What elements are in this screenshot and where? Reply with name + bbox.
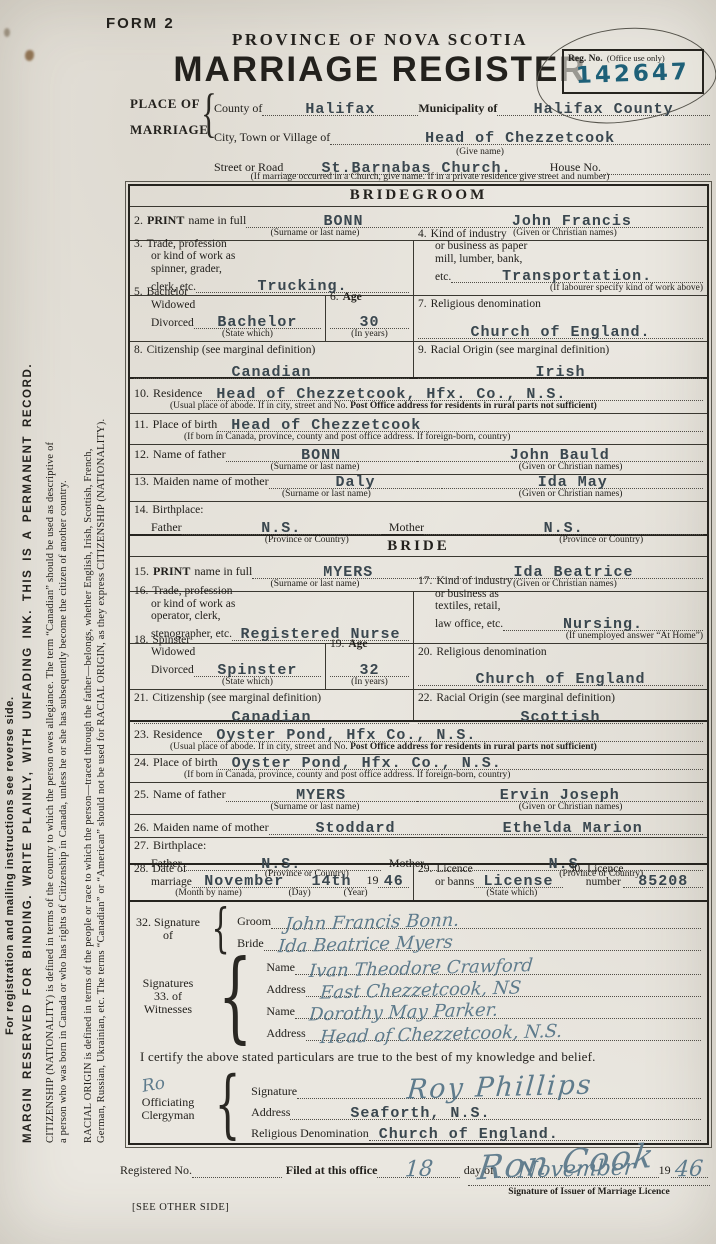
clergyman-signature: Roy Phillips [406,1070,594,1106]
city-field: Head of Chezzetcook [330,127,710,145]
bride-mother-surname-field: Stoddard [269,817,443,835]
field-bride-status-age-religion: 18.Spinster Widowed DivorcedSpinster (St… [130,644,707,690]
groom-mother-birthplace: N.S. [544,520,584,537]
witness2-address-field: Head of Chezzetcook, N.S. [306,1019,701,1041]
bride-age-field: 32 [330,659,409,677]
groom-surname-field: BONN [246,210,440,228]
groom-mother-given-field: Ida May [442,471,703,489]
bride-father-given-field: Ervin Joseph [417,784,703,802]
field-groom-mother: 13. Maiden name of mother Daly Ida May (… [130,475,707,502]
bride-religion-value: Church of England [475,671,645,688]
marriage-year: 46 [384,873,404,890]
witness1-address-field: East Chezzetcook, NS [306,975,701,997]
clergyman-brace: { [215,1071,241,1138]
bride-mother-surname: Stoddard [316,820,396,837]
groom-residence-field: Head of Chezzetcook, Hfx. Co., N.S. [202,383,703,401]
registered-no-label: Registered No. [120,1163,192,1178]
marriage-register-page: For registration and mailing instruction… [0,0,716,1244]
groom-father-surname: BONN [301,447,341,464]
bride-birthplace-field: Oyster Pond, Hfx. Co., N.S. [218,752,703,770]
field-groom-birthplace: 11. Place of birth Head of Chezzetcook (… [130,414,707,445]
bride-mother-given-field: Ethelda Marion [442,817,703,835]
field-bride-parents-birthplace: 27.Birthplace: Father N.S. Mother N.S (P… [130,838,707,865]
marriage-year-field: 46 [378,870,409,888]
field-bride-birthplace: 24. Place of birth Oyster Pond, Hfx. Co.… [130,755,707,783]
county-field: Halifax [262,98,418,116]
field-bride-mother: 26. Maiden name of mother Stoddard Ethel… [130,815,707,838]
bride-residence-field: Oyster Pond, Hfx Co., N.S. [202,724,703,742]
groom-birthplace-value: Head of Chezzetcook [231,417,421,434]
groom-citizenship-value: Canadian [231,364,311,381]
bride-residence-value: Oyster Pond, Hfx Co., N.S. [216,727,476,744]
field-bride-residence: 23. Residence Oyster Pond, Hfx Co., N.S.… [130,722,707,755]
margin-racial-origin-definition: RACIAL ORIGIN is defined in terms of the… [82,419,108,1143]
municipality-label: Municipality of [418,101,497,116]
groom-father-surname-field: BONN [226,444,417,462]
citizenship-definition-line2: a person who was born in Canada or who h… [57,442,70,1143]
reg-no-stamped-value: 142647 [567,59,698,90]
filed-label: Filed at this office [286,1163,378,1178]
witness-signatures: Signatures 33. of Witnesses { Name Ivan … [132,953,701,1041]
street-note: (If marriage occurred in a Church, give … [150,172,710,182]
groom-surname: BONN [323,213,363,230]
bride-father-given: Ervin Joseph [500,787,620,804]
groom-industry-value: Transportation. [502,268,652,285]
bride-mother-given: Ethelda Marion [503,820,643,837]
issuer-signature-block: Ron Cook Signature of Issuer of Marriage… [468,1168,710,1197]
register-form: BRIDEGROOM 2. PRINT name in full BONN Jo… [128,184,709,1145]
registration-number-stamp-box: Reg. No. (Office use only) 142647 [562,49,704,94]
city-line: City, Town or Village of Head of Chezzet… [214,125,710,145]
city-label: City, Town or Village of [214,130,330,145]
filed-day-field: 18 [377,1152,459,1178]
licence-or-banns-value: License [483,873,553,890]
issuer-signature-note: Signature of Issuer of Marriage Licence [468,1187,710,1197]
groom-age-field: 30 [330,311,409,329]
groom-father-given-field: John Bauld [417,444,703,462]
municipality-field: Halifax County [497,98,710,116]
field-no: 2. [134,213,143,228]
groom-mother-surname: Daly [336,474,376,491]
groom-religion-value: Church of England. [470,324,650,341]
groom-religion-field: Church of England. [418,321,703,339]
clergyman-denomination: Church of England. [379,1126,559,1143]
witness1-name-field: Ivan Theodore Crawford [295,953,701,975]
county-label: County of [214,101,262,116]
groom-status-value: Bachelor [217,314,297,331]
witness2-name-field: Dorothy May Parker. [295,997,701,1019]
groom-residence-value: Head of Chezzetcook, Hfx. Co., N.S. [216,386,566,403]
groom-industry-field: Transportation. [451,265,703,283]
bride-industry-field: Nursing. [503,613,703,631]
bride-surname: MYERS [323,564,373,581]
margin-citizenship-definition: CITIZENSHIP (NATIONALITY) is defined in … [44,442,70,1143]
groom-mother-birthplace-field: N.S. [424,517,703,535]
registered-no-field [192,1165,282,1178]
bride-section-header: BRIDE [130,536,707,557]
clergyman-address: Seaforth, N.S. [350,1105,490,1122]
place-of-marriage-label-2: MARRIAGE [130,122,208,138]
clergyman-block: Ro Officiating Clergyman { Signature Roy… [132,1067,701,1141]
marriage-month-field: November [192,870,297,888]
bride-industry-value: Nursing. [563,616,643,633]
bride-father-surname: MYERS [296,787,346,804]
place-of-marriage-label-1: PLACE OF [130,96,200,112]
marriage-month: November [204,873,284,890]
city-value: Head of Chezzetcook [425,130,615,147]
bride-signature-field: Ida Beatrice Myers [264,929,701,951]
field-bride-citizenship-racial: 21.Citizenship (see marginal definition)… [130,690,707,722]
field-groom-citizenship-racial: 8.Citizenship (see marginal definition) … [130,342,707,379]
clergyman-address-field: Seaforth, N.S. [290,1102,701,1120]
groom-mother-surname-field: Daly [269,471,443,489]
marriage-day: 14th [312,873,352,890]
groom-age-value: 30 [359,314,379,331]
racial-origin-definition-line1: RACIAL ORIGIN is defined in terms of the… [82,419,95,1143]
field-groom-status-age-religion: 5.Bachelor Widowed DivorcedBachelor (Sta… [130,296,707,342]
municipality-value: Halifax County [534,101,674,118]
groom-racial-field: Irish [418,361,703,379]
signatures-area: 32. Signature of { Groom John Francis Bo… [130,902,707,1143]
groom-mother-given: Ida May [538,474,608,491]
licence-number-value: 85208 [638,873,688,890]
licence-or-banns-field: License [474,870,562,888]
see-other-side-note: [SEE OTHER SIDE] [132,1202,229,1213]
clergyman-signature-field: Roy Phillips [297,1067,701,1099]
margin-binding-warning: MARGIN RESERVED FOR BINDING. WRITE PLAIN… [22,363,34,1143]
county-value: Halifax [305,101,375,118]
groom-birthplace-field: Head of Chezzetcook [217,414,703,432]
bride-religion-field: Church of England [418,668,703,686]
witness2-address: Head of Chezzetcook, N.S. [319,1021,563,1048]
racial-origin-definition-line2: German, Russian, Ukrainian, etc. The ter… [95,419,108,1143]
groom-father-birthplace-field: N.S. [182,517,381,535]
bride-status-field: Spinster [194,659,321,677]
groom-racial-value: Irish [535,364,585,381]
at-home-note: (If unemployed answer “At Home”) [418,631,703,641]
groom-father-given: John Bauld [510,447,610,464]
bride-status-value: Spinster [217,662,297,679]
field-groom-residence: 10. Residence Head of Chezzetcook, Hfx. … [130,379,707,414]
bride-surname-field: MYERS [252,561,444,579]
bride-age-value: 32 [359,662,379,679]
licence-number-field: 85208 [623,870,703,888]
bride-birthplace-value: Oyster Pond, Hfx. Co., N.S. [232,755,502,772]
witness-brace: { [218,953,252,1041]
bride-father-surname-field: MYERS [226,784,417,802]
field-marriage-date-licence: 28.Date of marriage November 14th 19 46 … [130,865,707,902]
stray-ink-mark: Ro [140,1073,166,1097]
groom-signature-field: John Francis Bonn. [271,907,701,929]
bridegroom-section-header: BRIDEGROOM [130,186,707,207]
groom-given-field: John Francis [441,210,703,228]
groom-status-field: Bachelor [194,311,321,329]
field-bride-father: 25. Name of father MYERS Ervin Joseph (S… [130,783,707,815]
groom-father-birthplace: N.S. [261,520,301,537]
filed-day: 18 [404,1157,434,1183]
bride-title: BRIDE [387,538,450,555]
margin-mailing-instructions: For registration and mailing instruction… [4,696,16,1035]
bridegroom-title: BRIDEGROOM [350,187,488,204]
citizenship-definition-line1: CITIZENSHIP (NATIONALITY) is defined in … [44,442,57,1143]
county-line: County of Halifax Municipality of Halifa… [214,96,710,116]
field-groom-parents-birthplace: 14.Birthplace: Father N.S. Mother N.S. (… [130,502,707,536]
groom-citizenship-field: Canadian [134,361,409,379]
marriage-day-field: 14th [297,870,367,888]
